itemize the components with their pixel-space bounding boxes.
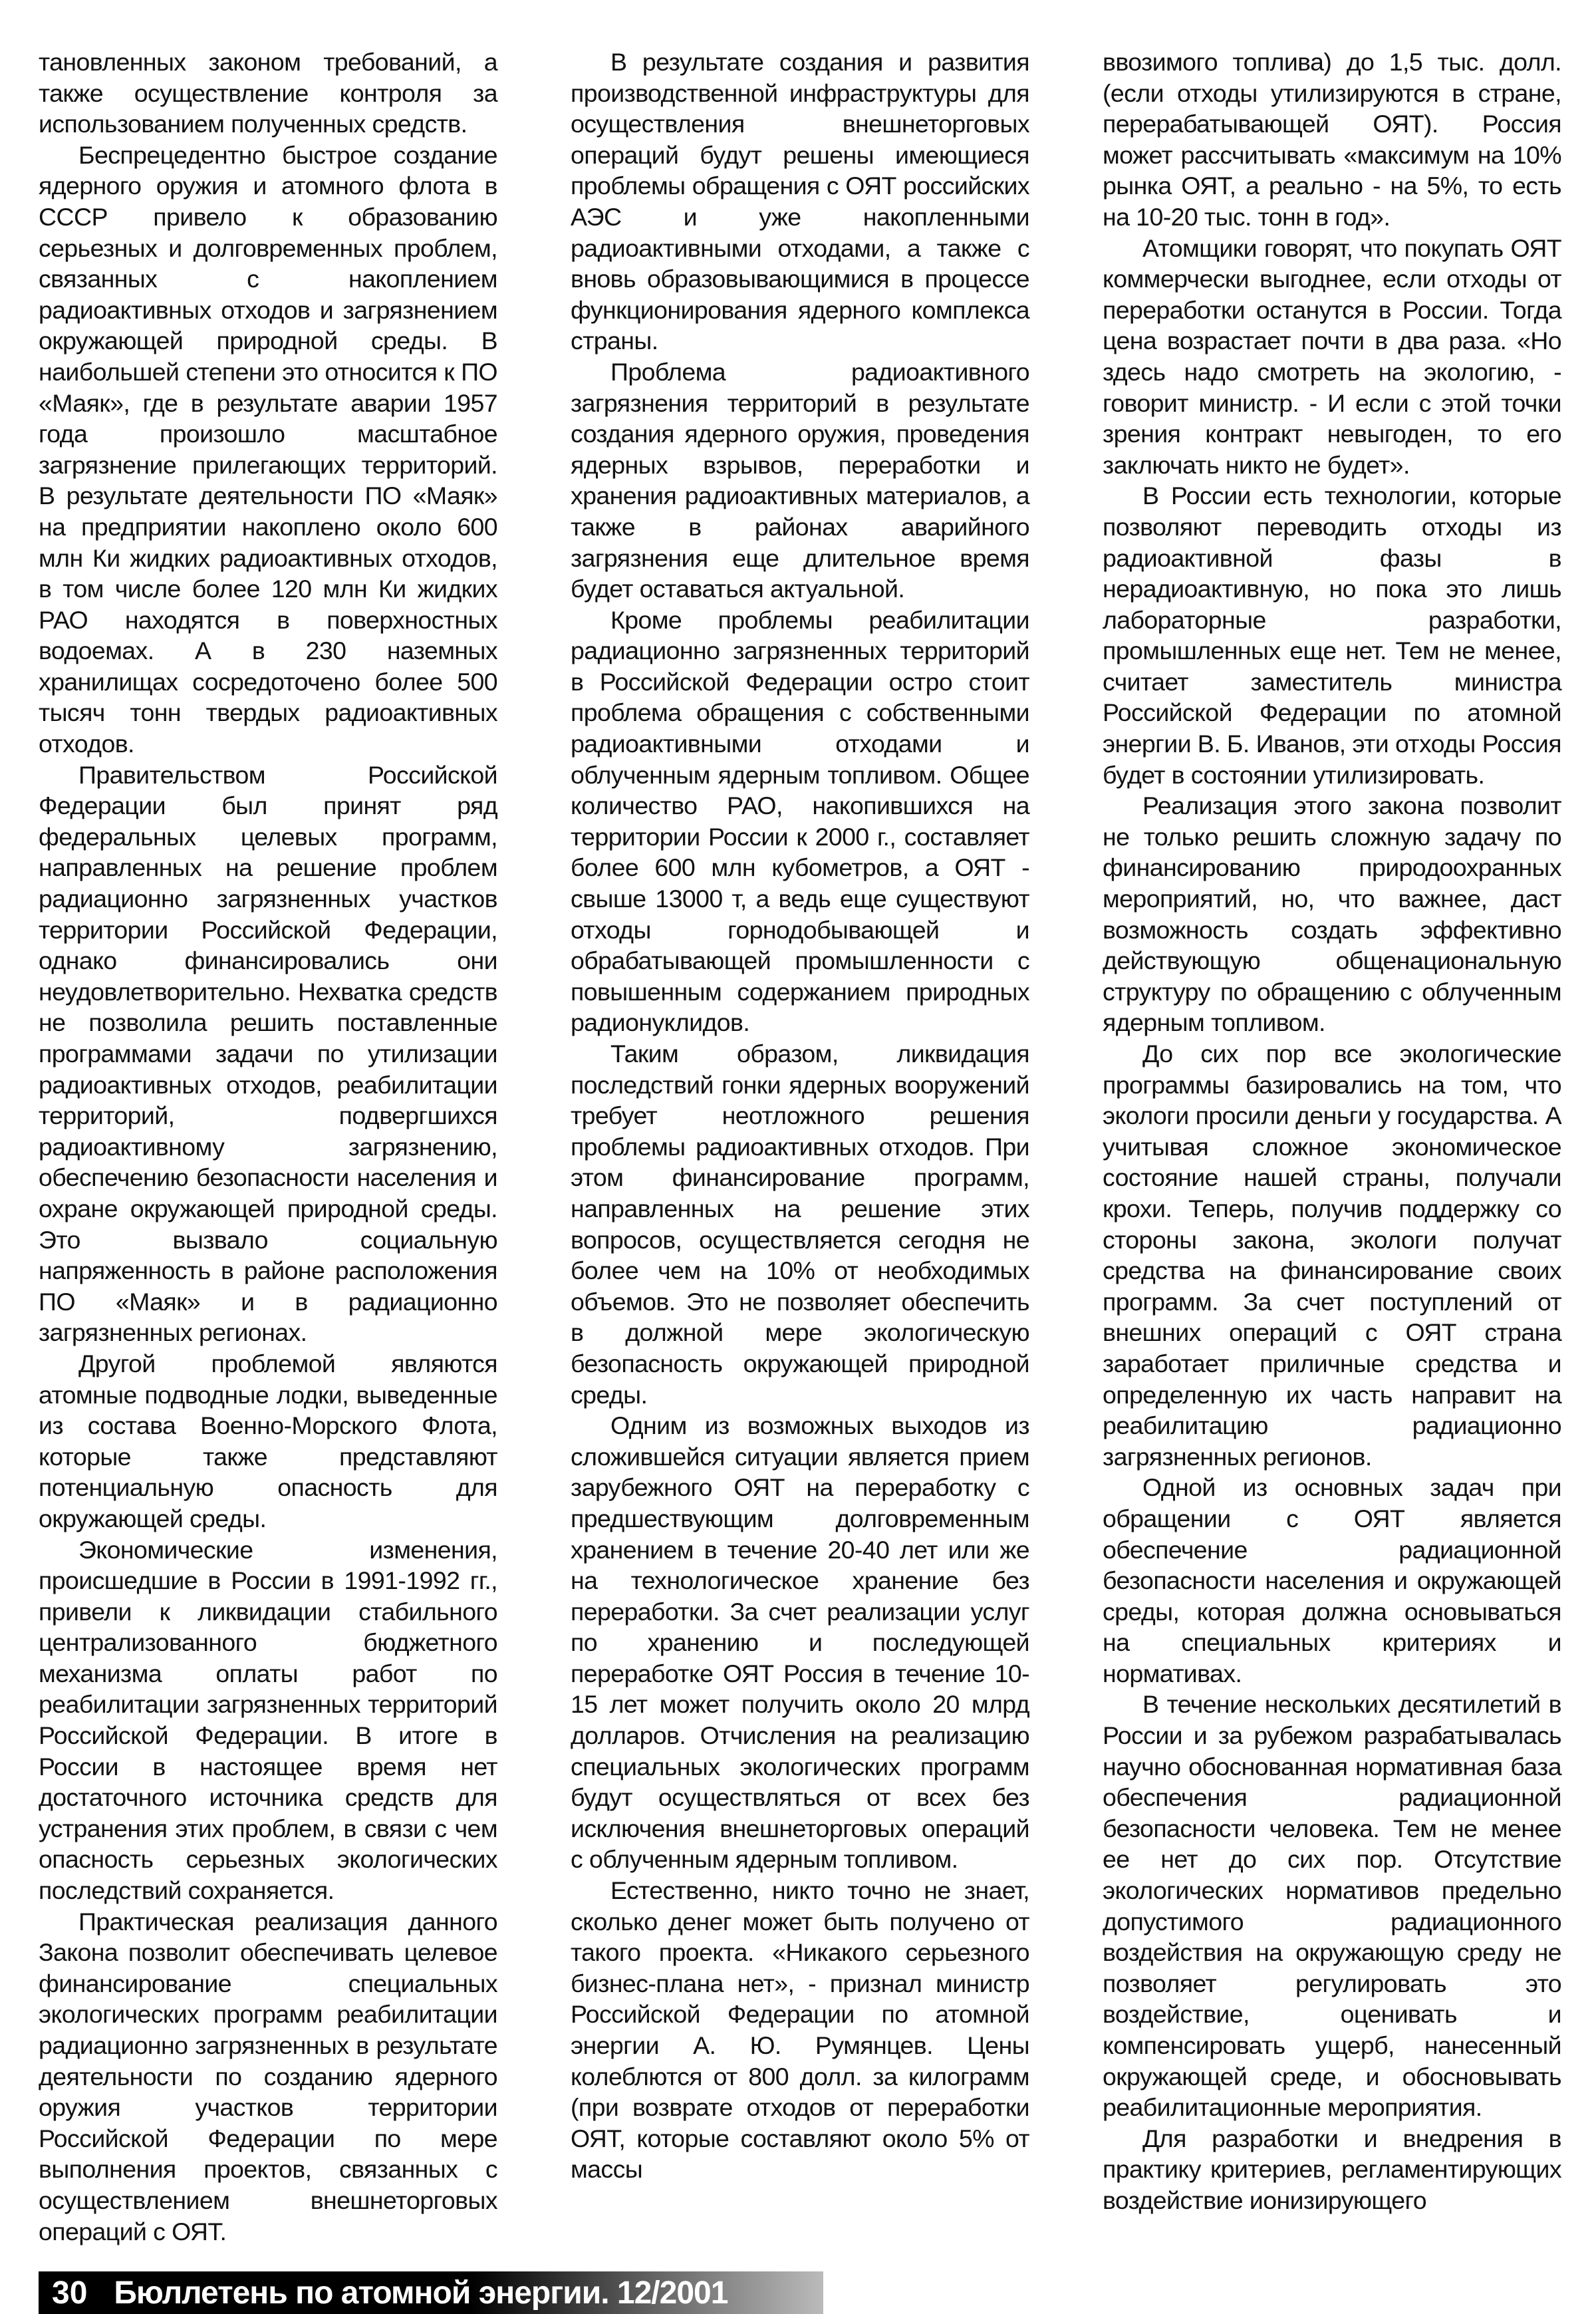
page-footer: 30 Бюллетень по атомной энергии. 12/2001 (39, 2271, 823, 2314)
paragraph: В течение нескольких десятилетий в Росси… (1103, 1689, 1561, 2122)
paragraph: Другой проблемой являются атомные подвод… (39, 1348, 497, 1534)
paragraph: Таким образом, ликвидация последствий го… (571, 1038, 1029, 1410)
paragraph: В результате создания и развития произво… (571, 47, 1029, 357)
column-3: ввозимого топлива) до 1,5 тыс. долл. (ес… (1103, 47, 1561, 2222)
paragraph: До сих пор все экологические программы б… (1103, 1038, 1561, 1472)
paragraph: Практическая реализация данного Закона п… (39, 1906, 497, 2247)
paragraph: Атомщики говорят, что покупать ОЯТ комме… (1103, 233, 1561, 481)
paragraph: Естественно, никто точно не знает, сколь… (571, 1875, 1029, 2185)
paragraph: ввозимого топлива) до 1,5 тыс. долл. (ес… (1103, 47, 1561, 233)
paragraph: Проблема радиоактивного загрязнения терр… (571, 357, 1029, 605)
paragraph: Реализация этого закона позволит не толь… (1103, 790, 1561, 1038)
paragraph: Кроме проблемы реабилитации радиационно … (571, 605, 1029, 1038)
article-body: тановленных законом требований, а также … (39, 47, 1561, 2222)
paragraph: Правительством Российской Федерации был … (39, 760, 497, 1348)
paragraph: тановленных законом требований, а также … (39, 47, 497, 140)
publication-title: Бюллетень по атомной энергии. 12/2001 (114, 2275, 728, 2311)
column-2: В результате создания и развития произво… (571, 47, 1029, 2222)
paragraph: Одной из основных задач при обращении с … (1103, 1472, 1561, 1689)
paragraph: Для разработки и внедрения в практику кр… (1103, 2123, 1561, 2216)
paragraph: Экономические изменения, происшедшие в Р… (39, 1534, 497, 1906)
paragraph: Одним из возможных выходов из сложившейс… (571, 1410, 1029, 1875)
column-1: тановленных законом требований, а также … (39, 47, 497, 2222)
paragraph: Беспрецедентно быстрое создание ядерного… (39, 140, 497, 760)
page-number: 30 (52, 2275, 87, 2311)
paragraph: В России есть технологии, которые позвол… (1103, 480, 1561, 790)
